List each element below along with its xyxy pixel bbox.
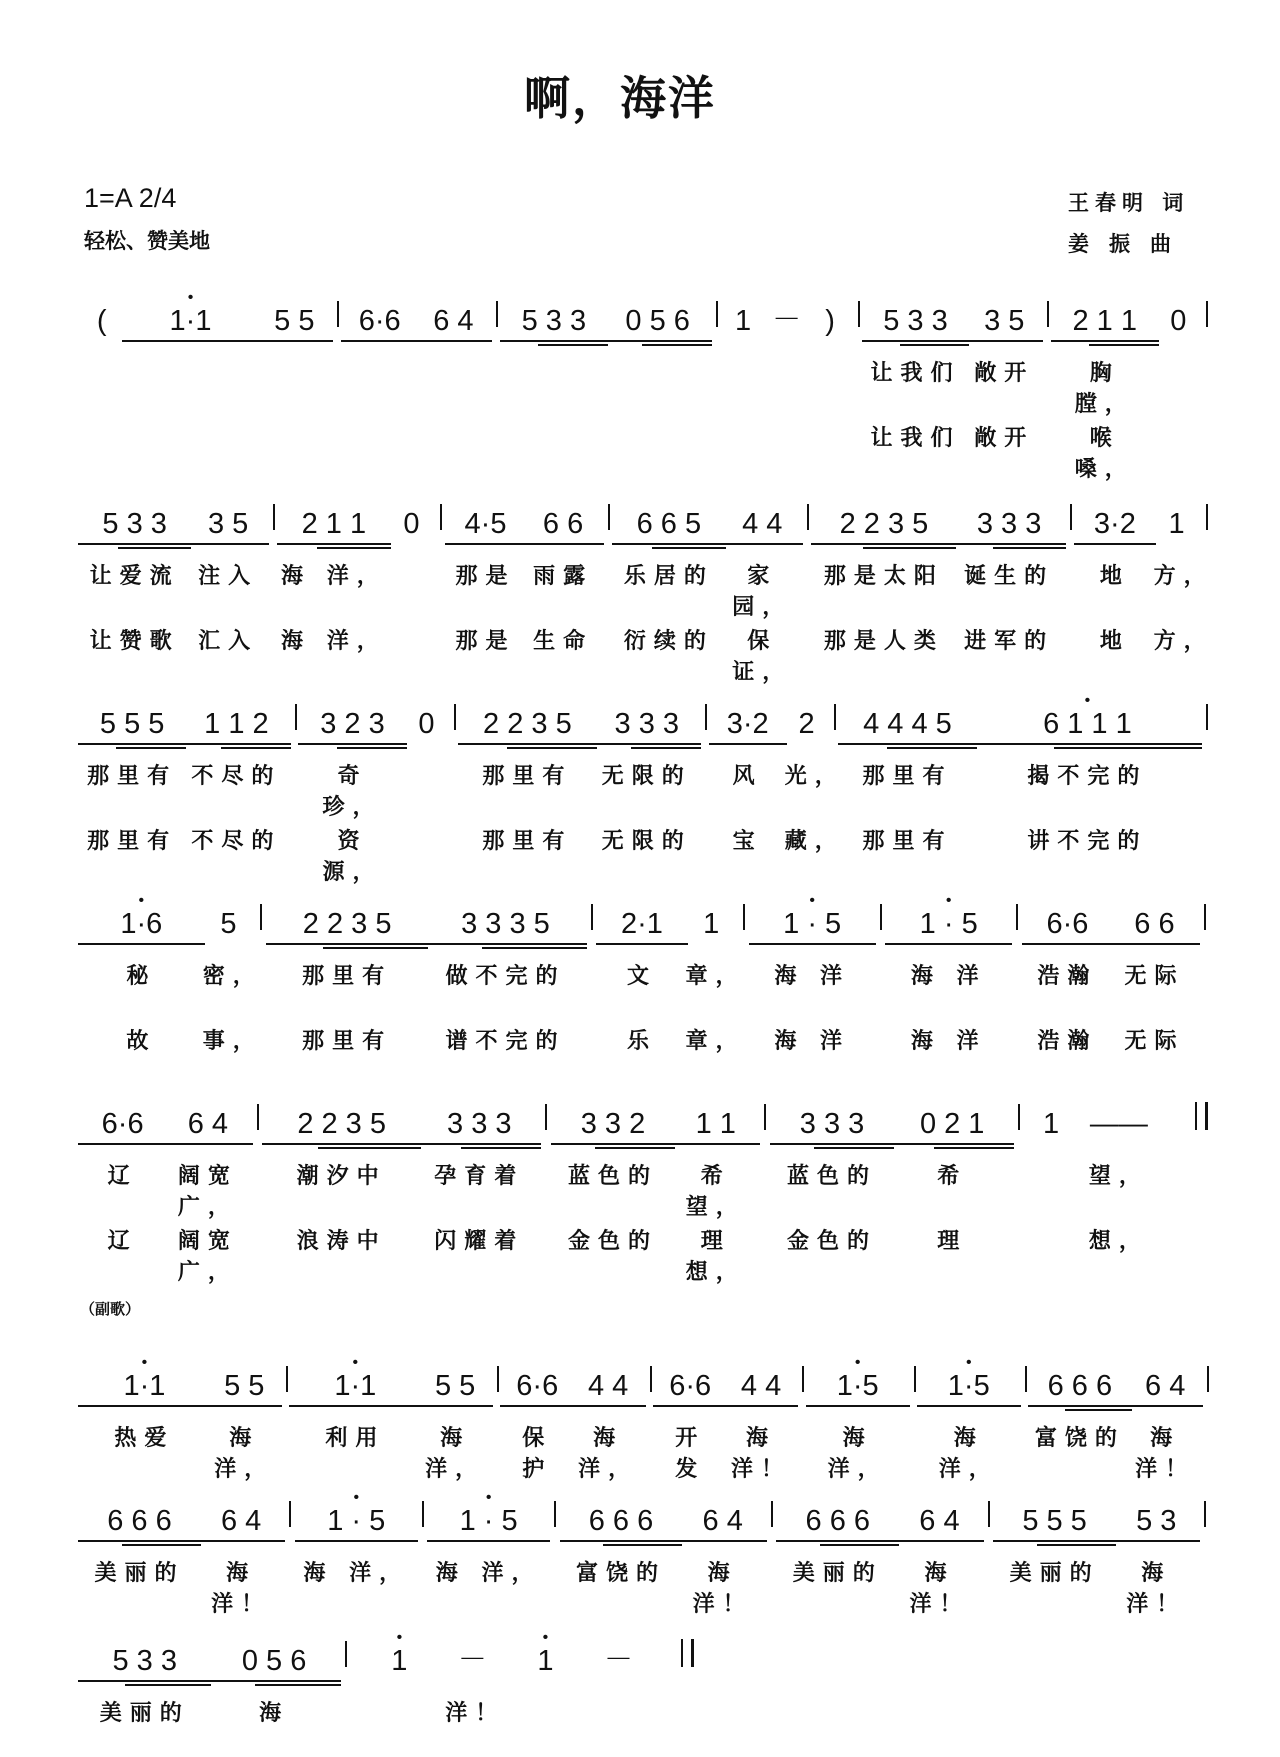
note-text: － <box>458 1644 487 1676</box>
note-group: 2 2 3 5 <box>460 708 595 741</box>
lyric-syllables: 海 洋 <box>751 959 874 989</box>
lyric-syllables <box>80 356 124 386</box>
underline-sixteenth <box>337 747 407 749</box>
barline <box>545 1104 547 1130</box>
composer-credit: 姜振曲 <box>1068 228 1191 258</box>
note-group: 5 5 <box>420 1370 491 1403</box>
lyric-syllables: 浩瀚 <box>1024 1024 1111 1054</box>
note-group: 5 5 <box>257 305 331 338</box>
barline <box>796 1366 807 1403</box>
underline-eighth <box>596 943 687 945</box>
lyric-syllables: 不尽的 <box>184 759 288 789</box>
lyric-syllables: 那里有 <box>80 759 184 789</box>
barline <box>908 1366 919 1403</box>
note-text: 2 2 3 5 <box>303 908 392 940</box>
lyric-syllables <box>548 1556 561 1586</box>
barline <box>743 904 745 930</box>
note-text: 6 6 6 <box>107 1505 172 1537</box>
underline-eighth <box>78 543 191 545</box>
underline-eighth <box>965 340 1043 342</box>
lyric-syllables <box>1162 1224 1212 1254</box>
lyric-syllables <box>765 356 809 386</box>
lyric-syllables: 海洋！ <box>199 1556 283 1586</box>
lyric-syllables: 不尽的 <box>184 824 288 854</box>
barline <box>1025 1366 1027 1392</box>
barline <box>345 1641 347 1667</box>
lyric-syllables <box>124 421 258 451</box>
underline-sixteenth <box>814 1147 894 1149</box>
lyric-syllables <box>644 1421 655 1451</box>
note-group: 3 3 3 5 <box>426 908 584 941</box>
barline <box>716 301 718 327</box>
note-text: 3 3 3 <box>977 508 1042 540</box>
note-text: 6 6 <box>543 508 583 540</box>
lyric-syllables: 海洋， <box>420 1421 491 1451</box>
note-group: 2 1 1 <box>1053 305 1157 338</box>
barline <box>422 1501 424 1527</box>
lyric-syllables <box>416 1556 429 1586</box>
lyric-syllables: 那里有 <box>840 824 975 854</box>
lyric-syllables <box>737 959 751 989</box>
note-text: 1 1 2 <box>204 708 269 740</box>
lyric-syllables <box>343 421 417 451</box>
lyric-syllables: 辽 <box>80 1159 165 1189</box>
lyric-syllables: 故 <box>80 1024 203 1054</box>
note-text: 5 5 <box>274 305 314 337</box>
lyric-syllables: 海洋！ <box>726 1421 797 1451</box>
note-text: 2 2 3 5 <box>483 708 572 740</box>
lyric-syllables <box>606 356 710 386</box>
lyric-syllables <box>257 356 331 386</box>
underline-sixteenth <box>1037 1544 1116 1546</box>
lyric-syllables: 那里有 <box>268 1024 426 1054</box>
lyric-syllables: 那是太阳 <box>813 559 954 589</box>
lyric-syllables: 美丽的 <box>80 1556 199 1586</box>
lyric-syllables <box>801 559 813 589</box>
note-text: 3 5 <box>208 508 248 540</box>
note-group: 6·6 <box>502 1370 573 1403</box>
lyric-syllables: 章， <box>686 1024 737 1054</box>
octave-dot: • <box>919 1358 1019 1368</box>
notation-row: 1·6•52 2 3 53 3 3 52·111 · 5•1 · 5•6·66 … <box>80 893 1212 941</box>
barline <box>807 504 809 530</box>
lyric-syllables <box>405 824 449 854</box>
barline <box>1041 301 1053 338</box>
barline <box>1200 704 1212 741</box>
lyric-syllables <box>124 356 258 386</box>
lyric-syllables: 蓝色的 <box>772 1159 892 1189</box>
note-group: 6 4 <box>1130 1370 1201 1403</box>
note-group: 1 <box>1026 1108 1076 1141</box>
underline-eighth <box>522 543 604 545</box>
lyric-syllables <box>699 759 711 789</box>
octave-dot: • <box>80 1358 209 1368</box>
octave-dot: • <box>80 896 203 906</box>
note-group: 3 3 3 <box>419 1108 539 1141</box>
note-text: 6·6 <box>359 305 401 337</box>
note-group: － <box>591 1637 645 1678</box>
underline-eighth <box>458 743 597 745</box>
underline-sixteenth <box>1065 1409 1132 1411</box>
lyric-syllables <box>1200 759 1212 789</box>
underline-eighth <box>298 743 406 745</box>
underline-eighth <box>862 340 970 342</box>
underline-sixteenth <box>652 547 725 549</box>
underline-eighth <box>973 743 1202 745</box>
note-group: 1·1• <box>80 1370 209 1403</box>
note-group: 5 5 5 <box>80 708 184 741</box>
lyric-syllables <box>500 1696 592 1726</box>
lyric-syllables: 美丽的 <box>995 1556 1114 1586</box>
underline-sixteenth <box>900 344 969 346</box>
lyric-syllables: 想， <box>1076 1224 1161 1254</box>
note-text: 3 3 3 <box>615 708 680 740</box>
lyric-syllables <box>1157 356 1201 386</box>
note-text: ( <box>97 305 107 337</box>
underline-sixteenth <box>934 1147 1014 1149</box>
underline-sixteenth <box>125 1684 211 1686</box>
lyric-syllables: 藏， <box>785 824 829 854</box>
lyric-syllables: 让爱流 <box>80 559 189 589</box>
note-text: 2 1 1 <box>1072 305 1137 337</box>
lyricist-credit: 王春明 词 <box>1068 187 1189 217</box>
barline <box>260 904 262 930</box>
octave-dot: • <box>975 696 1200 706</box>
lyric-syllables <box>737 1024 751 1054</box>
note-text: 1·6 <box>120 908 162 940</box>
lyric-syllables <box>710 421 722 451</box>
note-group: 3 2 3 <box>300 708 404 741</box>
lyric-syllables: 那里有 <box>460 824 595 854</box>
lyric-syllables: 方， <box>1154 559 1200 589</box>
underline-eighth <box>255 340 333 342</box>
lyric-syllables: 胸 膛， <box>1053 356 1157 386</box>
lyric-syllables: 谱不完的 <box>426 1024 584 1054</box>
note-text: 0 <box>1170 305 1186 337</box>
lyric-syllables: 理想， <box>673 1224 758 1254</box>
lyric-syllables: 敞开 <box>967 356 1041 386</box>
underline-eighth <box>671 1143 760 1145</box>
note-group: 6·6 <box>655 1370 726 1403</box>
barline <box>289 1501 291 1527</box>
note-text: 6 6 6 <box>806 1505 871 1537</box>
lyric-syllables <box>405 759 449 789</box>
note-text: 3 2 3 <box>320 708 385 740</box>
barline <box>548 1501 561 1538</box>
barline <box>585 904 599 941</box>
lyric-syllables: 奇 珍， <box>300 759 404 789</box>
note-group: 1 1 <box>673 1108 758 1141</box>
lyric-syllables <box>417 356 491 386</box>
lyric-syllables <box>1200 559 1212 589</box>
lyric-syllables: 宝 <box>711 824 785 854</box>
lyric-syllables <box>1198 1024 1212 1054</box>
barline <box>440 504 442 530</box>
lyric-syllables: 开 发 <box>655 1421 726 1451</box>
lyric-syllables <box>1041 356 1053 386</box>
note-text: 1·1 <box>170 305 212 337</box>
note-text: 1·5 <box>837 1370 879 1402</box>
lyrics-line: 美丽的海洋！ <box>80 1696 1212 1726</box>
note-group: 3 3 3 <box>595 708 699 741</box>
note-group: 5 3 <box>1114 1505 1198 1538</box>
underline-eighth <box>78 943 205 945</box>
note-text: 1 · 5 <box>783 908 841 940</box>
barline <box>490 301 502 338</box>
note-text: 2 <box>798 708 814 740</box>
lyric-syllables: 海 洋， <box>279 624 388 654</box>
note-text: 6·6 <box>516 1370 558 1402</box>
underline-eighth <box>1074 543 1156 545</box>
lyric-syllables: 海洋！ <box>897 1556 981 1586</box>
note-text: 3 3 3 5 <box>461 908 550 940</box>
barline <box>764 1104 766 1130</box>
lyric-syllables: 章， <box>686 959 737 989</box>
note-text: 5 5 5 <box>100 708 165 740</box>
note-text: 6 4 <box>703 1505 743 1537</box>
lyric-syllables <box>1064 624 1076 654</box>
note-text: 1 1 <box>696 1108 736 1140</box>
note-text: 3·2 <box>1094 508 1136 540</box>
lyric-syllables <box>343 356 417 386</box>
barline <box>434 504 446 541</box>
notation-row: 6 6 66 41 · 5•1 · 5•6 6 66 46 6 66 45 5 … <box>80 1490 1212 1538</box>
note-group: 2·1 <box>598 908 685 941</box>
note-group: 0 <box>389 508 435 541</box>
note-text: 6 6 6 <box>589 1505 654 1537</box>
note-group: 1 · 5• <box>297 1505 416 1538</box>
underline-eighth <box>838 743 977 745</box>
lyric-syllables: 辽 <box>80 1224 165 1254</box>
underline-eighth <box>724 1405 799 1407</box>
note-text: 0 5 6 <box>625 305 690 337</box>
lyrics-line: 故事，那里有谱不完的乐章，海 洋海 洋浩瀚无际 <box>80 1024 1212 1054</box>
lyric-syllables: 海 洋， <box>919 1421 1019 1451</box>
barline <box>1200 301 1212 338</box>
barline <box>765 1501 778 1538</box>
note-text: 6 4 <box>188 1108 228 1140</box>
underline-eighth <box>653 1405 728 1407</box>
note-text: 3 3 2 <box>581 1108 646 1140</box>
barline <box>1070 504 1072 530</box>
lyrics-line: 让我们敞开喉 嗓， <box>80 421 1212 451</box>
note-text: 1·1 <box>334 1370 376 1402</box>
lyric-syllables: 那里有 <box>840 759 975 789</box>
lyric-syllables: 注入 <box>189 559 267 589</box>
key-time-signature: 1=A 2/4 <box>84 183 176 214</box>
note-text: 3 3 3 <box>800 1108 865 1140</box>
underline-sixteenth <box>116 747 186 749</box>
note-group: 6 6 <box>1111 908 1198 941</box>
note-group: 6 6 6 <box>80 1505 199 1538</box>
barline <box>699 704 711 741</box>
lyric-syllables <box>539 1159 553 1189</box>
barline <box>828 704 840 741</box>
lyric-syllables: 海 洋， <box>279 559 388 589</box>
lyric-syllables <box>490 356 502 386</box>
lyric-syllables <box>1200 824 1212 854</box>
lyric-syllables: 诞生的 <box>954 559 1063 589</box>
lyric-syllables <box>1026 1224 1076 1254</box>
underline-sixteenth <box>507 747 596 749</box>
note-group: 3 3 3 <box>954 508 1063 541</box>
note-text: 5 5 <box>224 1370 264 1402</box>
lyric-syllables <box>283 1556 296 1586</box>
underline-eighth <box>417 1143 541 1145</box>
barline <box>331 301 343 338</box>
note-group: － <box>765 297 809 338</box>
lyric-syllables: 让赞歌 <box>80 624 189 654</box>
note-group: 6 6 <box>524 508 602 541</box>
underline-eighth <box>770 1143 894 1145</box>
underline-sixteenth <box>255 1684 341 1686</box>
note-group: 4 4 4 5 <box>840 708 975 741</box>
lyric-syllables <box>1198 959 1212 989</box>
underline-sixteenth <box>538 344 607 346</box>
lyric-syllables: 光， <box>785 759 829 789</box>
underline-eighth <box>78 1405 211 1407</box>
note-text: － <box>604 1644 633 1676</box>
lyric-syllables: 衍续的 <box>614 624 723 654</box>
note-group: 5 3 3 <box>502 305 606 338</box>
barline <box>1204 1501 1206 1527</box>
note-text: 1 <box>735 305 751 337</box>
underline-eighth <box>722 543 804 545</box>
lyric-syllables: 热爱 <box>80 1421 209 1451</box>
lyric-syllables <box>710 356 722 386</box>
barline <box>554 1501 556 1527</box>
lyric-syllables <box>699 824 711 854</box>
lyric-syllables <box>606 421 710 451</box>
lyric-syllables <box>874 1024 888 1054</box>
underline-sixteenth <box>323 947 428 949</box>
note-group: 6 6 6 <box>1030 1370 1130 1403</box>
barline <box>254 904 268 941</box>
underline-eighth <box>207 1405 282 1407</box>
note-group: 1·5• <box>808 1370 908 1403</box>
note-group: 1• <box>500 1645 592 1678</box>
barline <box>758 1104 772 1141</box>
underline-sixteenth <box>603 1544 682 1546</box>
lyric-syllables <box>796 1421 807 1451</box>
barline <box>1016 904 1018 930</box>
underline-eighth <box>993 1540 1116 1542</box>
note-text: 4 4 4 5 <box>863 708 952 740</box>
note-text: 1 <box>703 908 719 940</box>
lyric-syllables: 海 洋， <box>297 1556 416 1586</box>
underline-eighth <box>678 1540 766 1542</box>
note-group: 2 2 3 5 <box>813 508 954 541</box>
chorus-label: （副歌） <box>80 1298 140 1319</box>
lyric-syllables: 秘 <box>80 959 203 989</box>
note-group: 1 · 5• <box>887 908 1010 941</box>
lyric-syllables <box>1010 959 1024 989</box>
note-text: 1·1 <box>123 1370 165 1402</box>
lyric-syllables: 敞开 <box>967 421 1041 451</box>
lyric-syllables <box>908 1421 919 1451</box>
underline-eighth <box>593 743 701 745</box>
lyric-syllables: 富饶的 <box>562 1556 681 1586</box>
note-group: 6 4 <box>417 305 491 338</box>
lyric-syllables: 事， <box>203 1024 254 1054</box>
barline <box>771 1501 773 1527</box>
note-group: 3 5 <box>189 508 267 541</box>
note-group: 3 3 2 <box>553 1108 673 1141</box>
lyric-syllables: 无际 <box>1111 959 1198 989</box>
note-group: 6 4 <box>897 1505 981 1538</box>
note-group: 0 2 1 <box>892 1108 1012 1141</box>
note-group: 1·1• <box>291 1370 420 1403</box>
lyric-syllables <box>828 824 840 854</box>
note-text: 3 3 3 <box>447 1108 512 1140</box>
note-text: 2 1 1 <box>302 508 367 540</box>
underline-sixteenth <box>317 547 390 549</box>
lyric-syllables: 生命 <box>524 624 602 654</box>
lyrics-line: 让赞歌汇入海 洋，那是生命衍续的保证，那是人类进军的地方， <box>80 624 1212 654</box>
note-text: 6 4 <box>221 1505 261 1537</box>
lyrics-line: 秘密，那里有做不完的文章，海 洋海 洋浩瀚无际 <box>80 959 1212 989</box>
barline <box>1012 1104 1026 1141</box>
lyric-syllables: 利用 <box>291 1421 420 1451</box>
underline-sixteenth <box>820 1544 899 1546</box>
lyric-syllables <box>331 421 343 451</box>
lyric-syllables: 密， <box>203 959 254 989</box>
octave-dot: • <box>429 1493 548 1503</box>
barline <box>982 1501 995 1538</box>
note-group: 2 2 3 5 <box>268 908 426 941</box>
barline <box>644 1366 655 1403</box>
note-text: 5 5 5 <box>1022 1505 1087 1537</box>
underline-eighth <box>1112 1540 1200 1542</box>
note-group: 0 <box>405 708 449 741</box>
lyric-syllables <box>1064 559 1076 589</box>
underline-eighth <box>776 1540 899 1542</box>
barline <box>710 301 722 338</box>
underline-eighth <box>560 1540 683 1542</box>
note-text: 6·6 <box>669 1370 711 1402</box>
barline <box>1010 904 1024 941</box>
underline-eighth <box>78 1680 211 1682</box>
lyric-syllables: 做不完的 <box>426 959 584 989</box>
underline-sixteenth <box>1089 344 1158 346</box>
barline <box>497 1366 499 1392</box>
underline-sixteenth <box>1054 747 1203 749</box>
lyric-syllables <box>646 1696 700 1726</box>
lyric-syllables <box>1012 1159 1026 1189</box>
lyric-syllables: 海 洋， <box>429 1556 548 1586</box>
note-text: － <box>772 304 801 336</box>
lyric-syllables: 海 洋 <box>751 1024 874 1054</box>
lyric-syllables: 浪涛中 <box>264 1224 419 1254</box>
lyric-syllables: 望， <box>1076 1159 1161 1189</box>
lyric-syllables <box>254 959 268 989</box>
note-text: 1 <box>391 1645 407 1677</box>
note-group: 1·1• <box>124 305 258 338</box>
underline-sixteenth <box>993 547 1066 549</box>
lyric-syllables: 阔宽广， <box>165 1159 250 1189</box>
barline <box>1198 1501 1211 1538</box>
underline-sixteenth <box>642 344 711 346</box>
lyric-syllables: 无限的 <box>595 824 699 854</box>
barline <box>880 904 882 930</box>
lyrics-line: 那里有不尽的奇 珍，那里有无限的风光，那里有揭不完的 <box>80 759 1212 789</box>
lyric-syllables: 金色的 <box>553 1224 673 1254</box>
note-text: ) <box>825 305 835 337</box>
barline <box>448 704 460 741</box>
lyric-syllables: 让我们 <box>864 356 968 386</box>
lyric-syllables <box>808 356 852 386</box>
notation-row: 6·66 42 2 3 53 3 33 3 21 13 3 30 2 11—— <box>80 1093 1212 1141</box>
